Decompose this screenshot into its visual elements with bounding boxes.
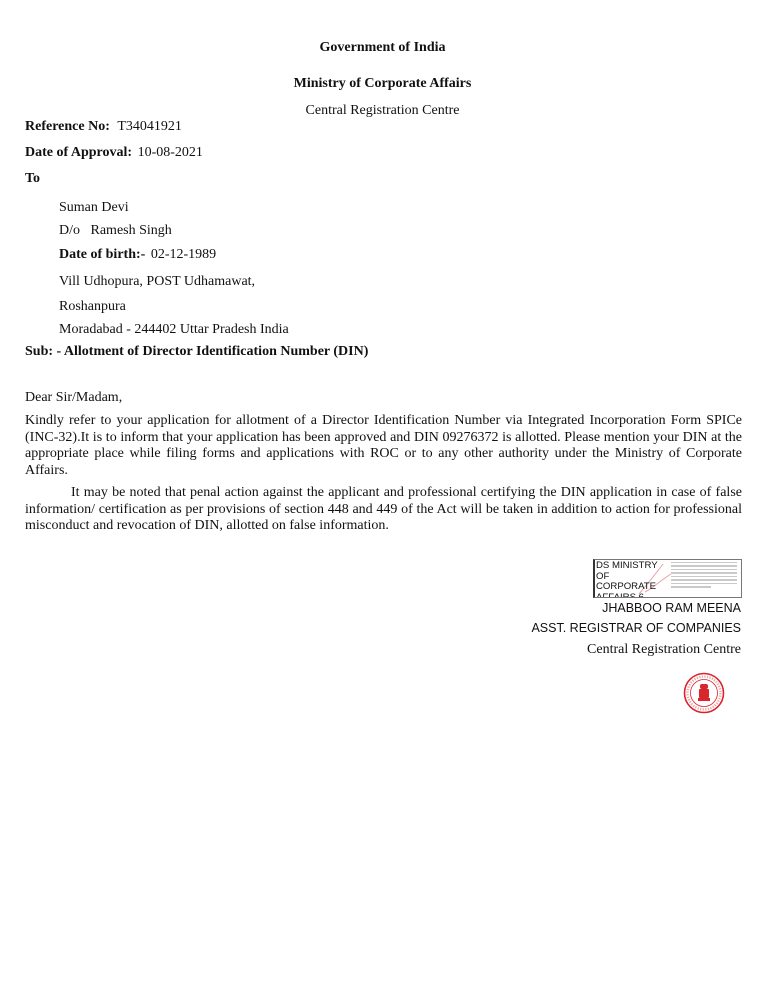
address-line-1: Vill Udhopura, POST Udhamawat, bbox=[59, 274, 255, 290]
approval-date-label: Date of Approval: bbox=[25, 145, 132, 160]
dob-value: 02-12-1989 bbox=[151, 247, 216, 262]
body-paragraph-1: Kindly refer to your application for all… bbox=[25, 413, 742, 479]
signatory-office: Central Registration Centre bbox=[587, 642, 741, 658]
salutation: Dear Sir/Madam, bbox=[25, 390, 122, 406]
addressee-name: Suman Devi bbox=[59, 200, 129, 216]
header-government: Government of India bbox=[0, 40, 765, 56]
digital-signature-text: DS MINISTRY OF CORPORATE AFFAIRS 6 bbox=[596, 561, 668, 598]
header-centre: Central Registration Centre bbox=[0, 103, 765, 119]
reference-row: Reference No: T34041921 bbox=[25, 119, 182, 135]
relation-label: D/o bbox=[59, 223, 80, 238]
relation-name: Ramesh Singh bbox=[91, 223, 172, 238]
addressee-dob: Date of birth:- 02-12-1989 bbox=[59, 247, 216, 263]
body-paragraph-2: It may be noted that penal action agains… bbox=[25, 485, 742, 535]
header-ministry: Ministry of Corporate Affairs bbox=[0, 76, 765, 92]
dob-label: Date of birth:- bbox=[59, 247, 145, 262]
digital-signature-box: DS MINISTRY OF CORPORATE AFFAIRS 6 bbox=[593, 559, 742, 598]
addressee-relation: D/o Ramesh Singh bbox=[59, 223, 172, 239]
address-line-2: Roshanpura bbox=[59, 299, 126, 315]
signature-details-text bbox=[671, 562, 737, 590]
address-line-3: Moradabad - 244402 Uttar Pradesh India bbox=[59, 322, 289, 338]
approval-date-row: Date of Approval: 10-08-2021 bbox=[25, 145, 203, 161]
subject-line: Sub: - Allotment of Director Identificat… bbox=[25, 344, 368, 360]
mca-seal-icon bbox=[683, 672, 725, 714]
to-label: To bbox=[25, 171, 40, 187]
approval-date-value: 10-08-2021 bbox=[138, 145, 203, 160]
signatory-name: JHABBOO RAM MEENA bbox=[602, 601, 741, 615]
reference-value: T34041921 bbox=[117, 119, 182, 134]
signatory-designation: ASST. REGISTRAR OF COMPANIES bbox=[531, 621, 741, 635]
reference-label: Reference No: bbox=[25, 119, 110, 134]
